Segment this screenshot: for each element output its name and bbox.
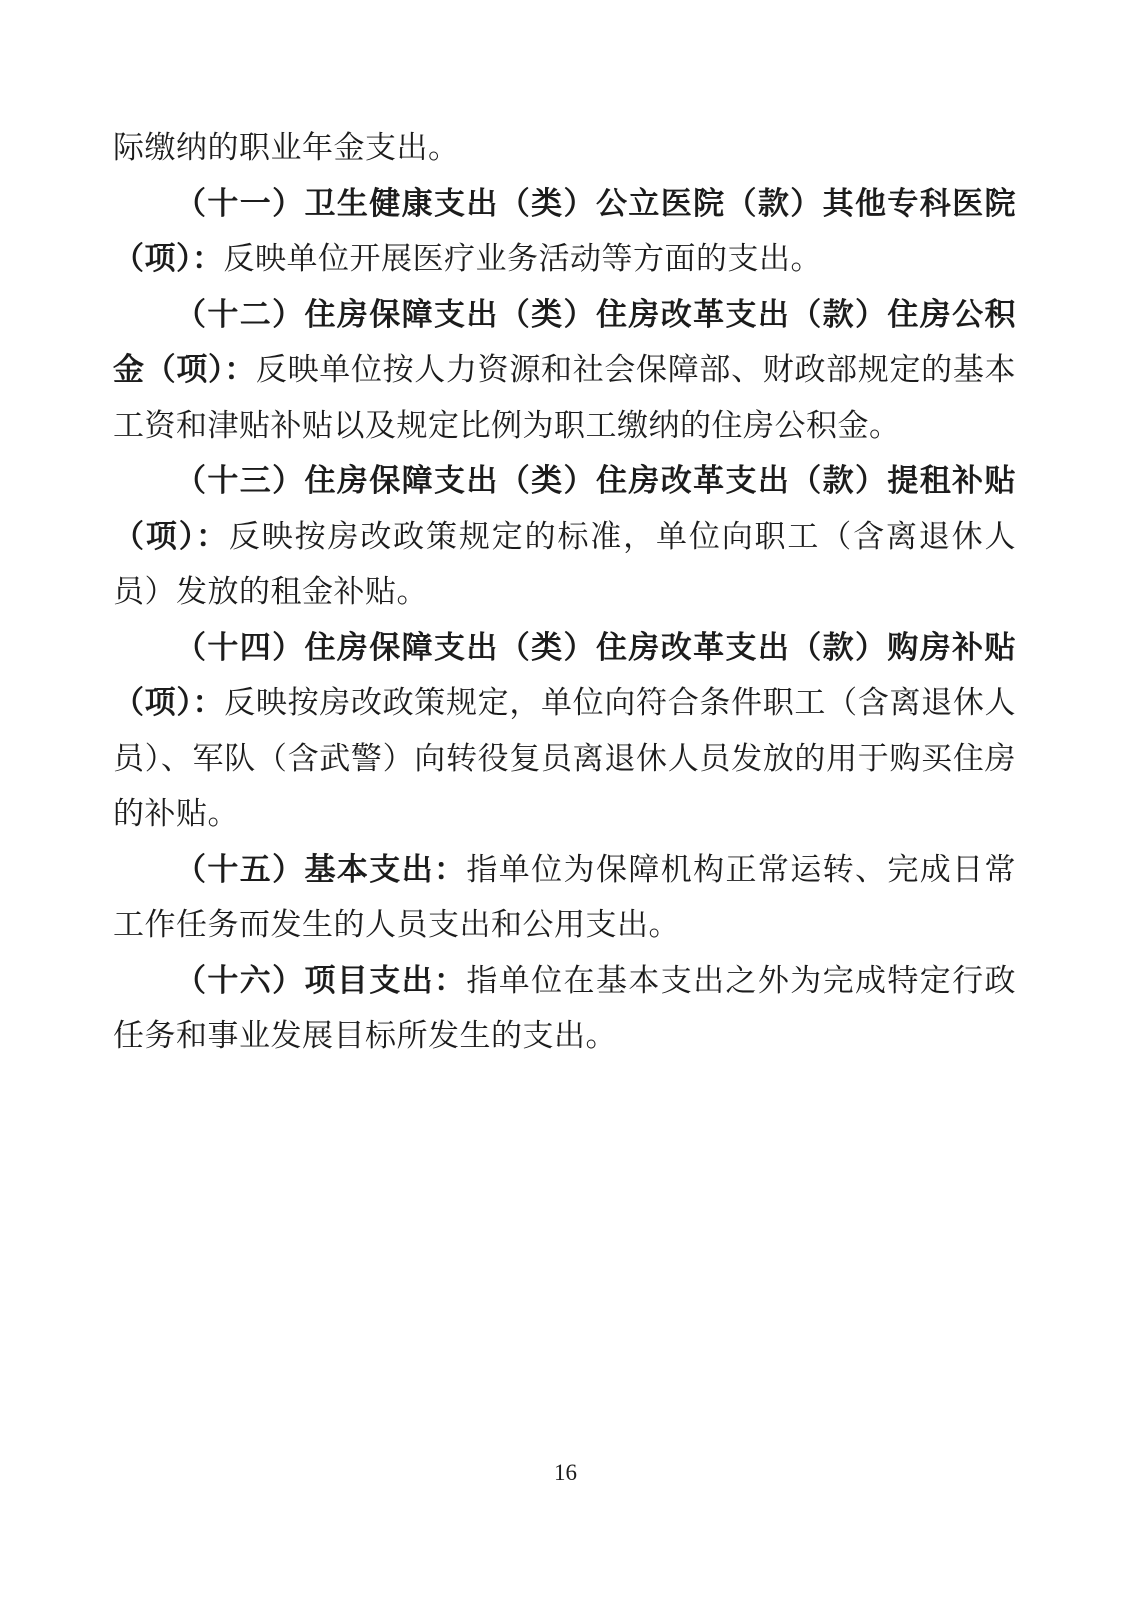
paragraph-body: 际缴纳的职业年金支出。 [113, 130, 460, 166]
document-page: 际缴纳的职业年金支出。（十一）卫生健康支出（类）公立医院（款）其他专科医院（项）… [0, 0, 1131, 1600]
paragraph-body: 反映按房改政策规定的标准，单位向职工（含离退休人员）发放的租金补贴。 [113, 519, 1016, 611]
document-content: 际缴纳的职业年金支出。（十一）卫生健康支出（类）公立医院（款）其他专科医院（项）… [113, 121, 1016, 1065]
paragraph: （十二）住房保障支出（类）住房改革支出（款）住房公积金（项）：反映单位按人力资源… [113, 288, 1016, 455]
paragraph-body: 反映按房改政策规定，单位向符合条件职工（含离退休人员）、军队（含武警）向转役复员… [113, 685, 1016, 832]
page-number: 16 [0, 1460, 1131, 1486]
paragraph: （十一）卫生健康支出（类）公立医院（款）其他专科医院（项）：反映单位开展医疗业务… [113, 177, 1016, 288]
paragraph-lead: （十五）基本支出： [175, 852, 466, 888]
paragraph: 际缴纳的职业年金支出。 [113, 121, 1016, 177]
paragraph-body: 反映单位开展医疗业务活动等方面的支出。 [224, 241, 823, 277]
paragraph: （十三）住房保障支出（类）住房改革支出（款）提租补贴（项）：反映按房改政策规定的… [113, 454, 1016, 621]
paragraph-lead: （十六）项目支出： [175, 963, 466, 999]
paragraph: （十四）住房保障支出（类）住房改革支出（款）购房补贴（项）：反映按房改政策规定，… [113, 621, 1016, 843]
paragraph: （十五）基本支出：指单位为保障机构正常运转、完成日常工作任务而发生的人员支出和公… [113, 843, 1016, 954]
paragraph: （十六）项目支出：指单位在基本支出之外为完成特定行政任务和事业发展目标所发生的支… [113, 954, 1016, 1065]
